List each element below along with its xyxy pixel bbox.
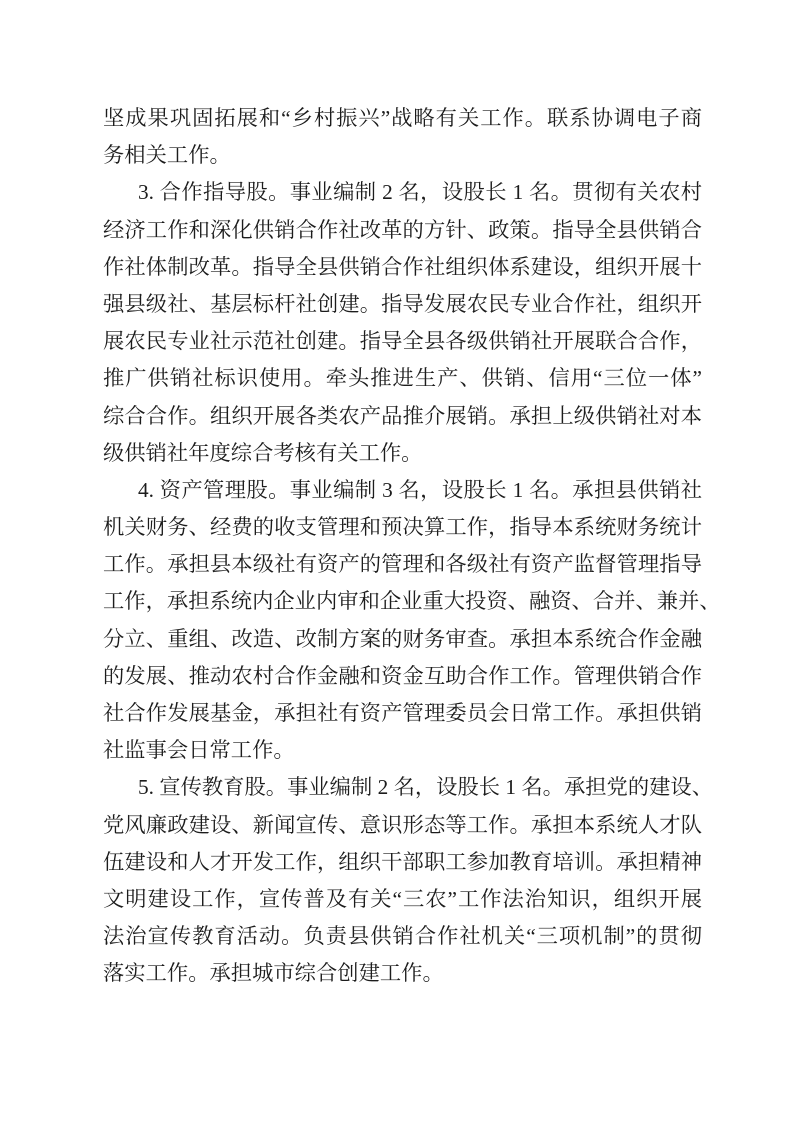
document-line: 坚成果巩固拓展和“乡村振兴”战略有关工作。联系协调电子商 [103,100,702,137]
document-line: 展农民专业社示范社创建。指导全县各级供销社开展联合合作， [103,323,702,360]
document-line: 机关财务、经费的收支管理和预决算工作，指导本系统财务统计 [103,509,702,546]
document-line-section-3: 3. 合作指导股。事业编制 2 名，设股长 1 名。贯彻有关农村 [103,174,702,211]
document-line: 社监事会日常工作。 [103,732,702,769]
document-line: 综合合作。组织开展各类农产品推介展销。承担上级供销社对本 [103,398,702,435]
document-page: 坚成果巩固拓展和“乡村振兴”战略有关工作。联系协调电子商 务相关工作。 3. 合… [0,0,793,1122]
document-line: 作社体制改革。指导全县供销合作社组织体系建设，组织开展十 [103,249,702,286]
document-line: 社合作发展基金，承担社有资产管理委员会日常工作。承担供销 [103,695,702,732]
document-line: 工作，承担系统内企业内审和企业重大投资、融资、合并、兼并、 [103,583,702,620]
document-line: 党风廉政建设、新闻宣传、意识形态等工作。承担本系统人才队 [103,807,702,844]
document-line: 的发展、推动农村合作金融和资金互助合作工作。管理供销合作 [103,658,702,695]
document-line-section-5: 5. 宣传教育股。事业编制 2 名，设股长 1 名。承担党的建设、 [103,769,702,806]
document-line-section-4: 4. 资产管理股。事业编制 3 名，设股长 1 名。承担县供销社 [103,472,702,509]
document-line: 强县级社、基层标杆社创建。指导发展农民专业合作社，组织开 [103,286,702,323]
document-line: 经济工作和深化供销合作社改革的方针、政策。指导全县供销合 [103,212,702,249]
document-line: 分立、重组、改造、改制方案的财务审查。承担本系统合作金融 [103,621,702,658]
document-line: 工作。承担县本级社有资产的管理和各级社有资产监督管理指导 [103,546,702,583]
document-line: 伍建设和人才开发工作，组织干部职工参加教育培训。承担精神 [103,844,702,881]
document-line: 文明建设工作，宣传普及有关“三农”工作法治知识，组织开展 [103,881,702,918]
document-line: 法治宣传教育活动。负责县供销合作社机关“三项机制”的贯彻 [103,918,702,955]
document-line: 级供销社年度综合考核有关工作。 [103,435,702,472]
document-line: 务相关工作。 [103,137,702,174]
document-text-block: 坚成果巩固拓展和“乡村振兴”战略有关工作。联系协调电子商 务相关工作。 3. 合… [103,100,702,993]
document-line: 落实工作。承担城市综合创建工作。 [103,955,702,992]
document-line: 推广供销社标识使用。牵头推进生产、供销、信用“三位一体” [103,360,702,397]
